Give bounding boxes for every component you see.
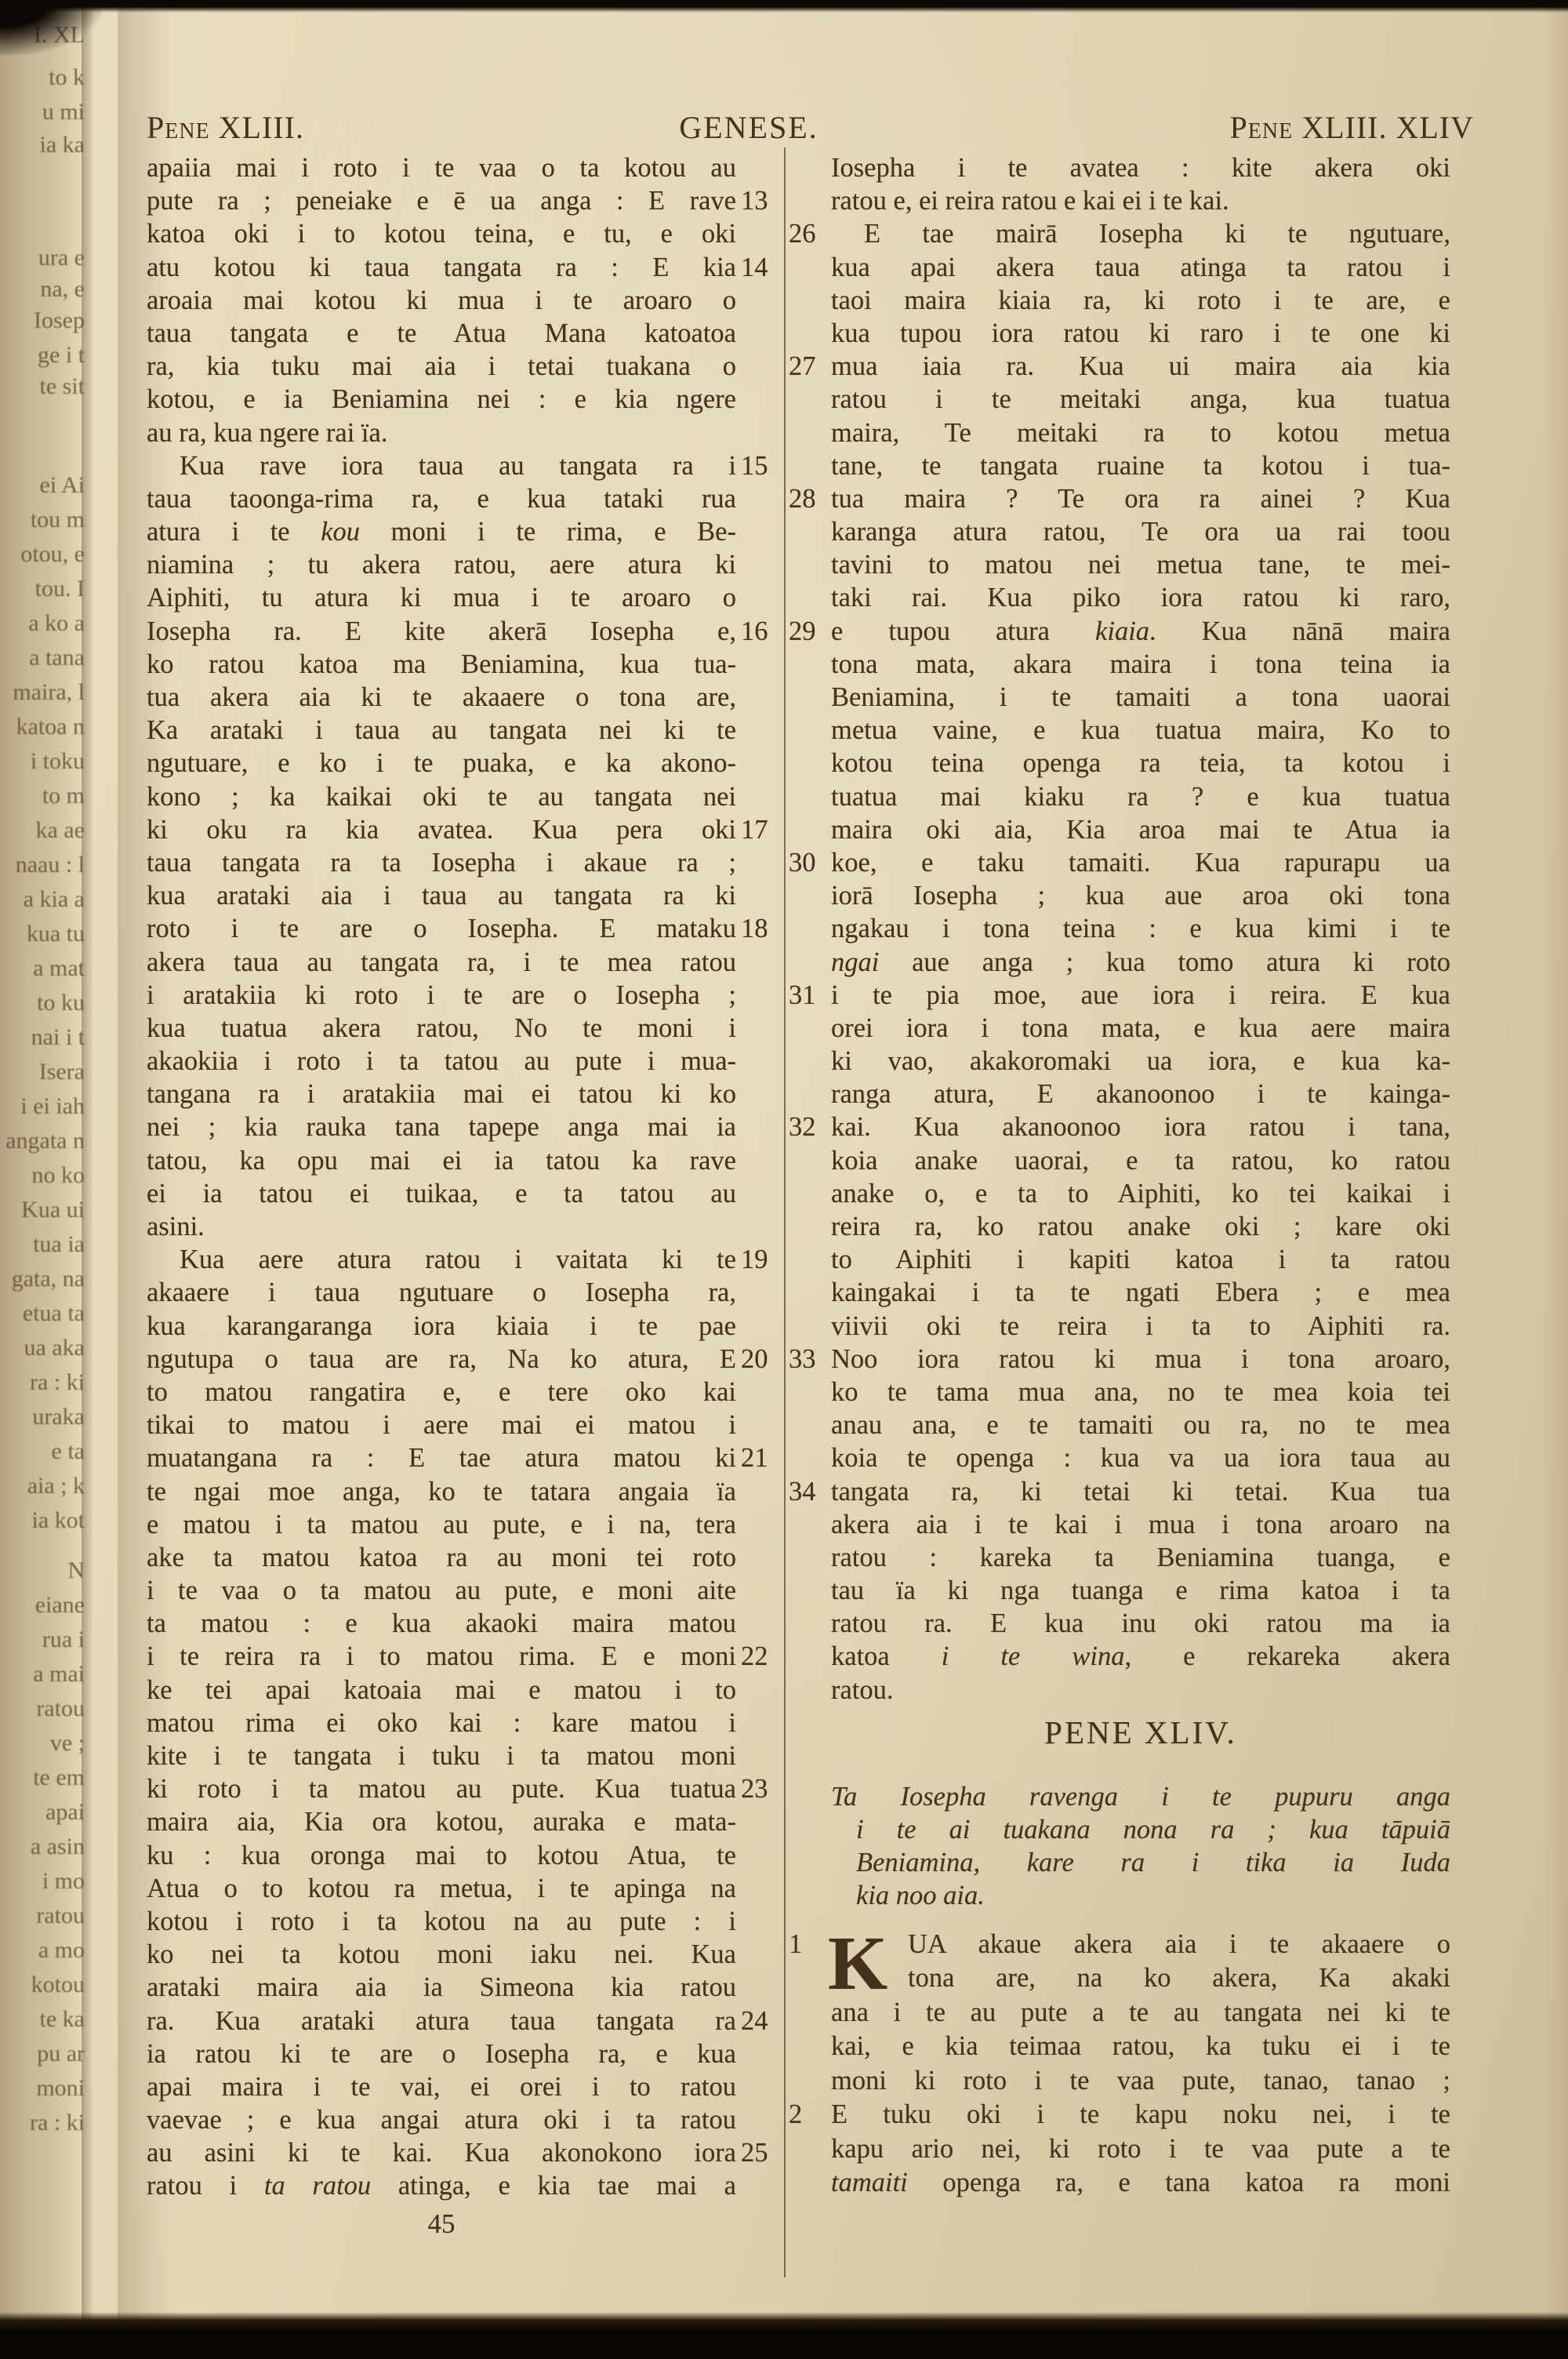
left-text-column: apaiia mai i roto i te vaa o ta kotou au… bbox=[147, 151, 736, 2242]
verse-number: 27 bbox=[789, 350, 836, 383]
text-line: te ngai moe anga, ko te tatara angaia ïa bbox=[147, 1475, 736, 1508]
text-line: ratou. bbox=[831, 1674, 1450, 1707]
chapter-heading: PENE XLIV. bbox=[831, 1714, 1450, 1750]
verse-number: 2 bbox=[789, 2098, 836, 2132]
verse-number: 14 bbox=[741, 251, 788, 284]
prev-page-text-fragment: kotou bbox=[31, 1972, 85, 1998]
prev-page-text-fragment: ei Ai bbox=[40, 472, 85, 499]
verse-number: 34 bbox=[789, 1475, 836, 1508]
text-line: 30koe, e taku tamaiti. Kua rapurapu ua bbox=[831, 846, 1450, 879]
text-line: ko nei ta kotou moni iaku nei. Kua bbox=[147, 1938, 736, 1971]
text-line: 2E tuku oki i te kapu noku nei, i te bbox=[831, 2098, 1450, 2132]
text-line: ranga atura, E akanoonoo i te kainga- bbox=[831, 1078, 1450, 1110]
verse-number: 19 bbox=[741, 1243, 788, 1276]
prev-page-text-fragment: rua i bbox=[42, 1627, 85, 1653]
prev-page-text-fragment: moni bbox=[36, 2075, 85, 2102]
prev-page-text-fragment: a tana bbox=[29, 645, 85, 671]
text-line: koia te openga : kua va ua iora taua au bbox=[831, 1441, 1450, 1474]
text-line: ko te tama mua ana, no te mea koia tei bbox=[831, 1376, 1450, 1408]
text-line: akera taua au tangata ra, i te mea ratou bbox=[147, 946, 736, 979]
text-line: apaiia mai i roto i te vaa o ta kotou au bbox=[147, 151, 736, 184]
text-line: kotou teina openga ra teia, ta kotou i bbox=[831, 747, 1450, 780]
verse-number: 15 bbox=[741, 449, 788, 482]
prev-page-text-fragment: kua tu bbox=[27, 921, 85, 947]
text-line: taua taoonga-rima ra, e kua tataki rua bbox=[147, 482, 736, 515]
right-column-lines: Iosepha i te avatea : kite akera okirato… bbox=[831, 151, 1450, 1707]
prev-page-text-fragment: ratou bbox=[36, 1696, 85, 1722]
text-line: Iosepha i te avatea : kite akera oki bbox=[831, 151, 1450, 184]
prev-page-text-fragment: apai bbox=[45, 1799, 85, 1826]
verse-number: 13 bbox=[741, 184, 788, 217]
text-line: to matou rangatira e, e tere oko kai bbox=[147, 1376, 736, 1408]
verse-number: 22 bbox=[741, 1640, 788, 1673]
prev-page-text-fragment: te ka bbox=[40, 2006, 85, 2033]
text-line: ana i te au pute a te au tangata nei ki … bbox=[831, 1996, 1450, 2030]
text-line: 20ngutupa o taua are ra, Na ko atura, E bbox=[147, 1343, 736, 1376]
text-line: anau ana, e te tamaiti ou ra, no te mea bbox=[831, 1408, 1450, 1441]
verse-number: 18 bbox=[741, 912, 788, 945]
verse-number: 32 bbox=[789, 1110, 836, 1143]
text-line: apai maira i te vai, ei orei i to ratou bbox=[147, 2070, 736, 2103]
text-line: 17ki oku ra kia avatea. Kua pera oki bbox=[147, 813, 736, 846]
text-line: tane, te tangata ruaine ta kotou i tua- bbox=[831, 449, 1450, 482]
text-line: ake ta matou katoa ra au moni tei roto bbox=[147, 1541, 736, 1574]
text-line: 19Kua aere atura ratou i vaitata ki te bbox=[147, 1243, 736, 1276]
text-line: i te vaa o ta matou au pute, e moni aite bbox=[147, 1574, 736, 1607]
text-line: ratou i te meitaki anga, kua tuatua bbox=[831, 383, 1450, 416]
photo-border-bottom bbox=[0, 2312, 1568, 2359]
prev-page-text-fragment: maira, l bbox=[13, 679, 85, 706]
text-line: ratou : kareka ta Beniamina tuanga, e bbox=[831, 1541, 1450, 1574]
text-line: karanga atura ratou, Te ora ua rai toou bbox=[831, 515, 1450, 548]
text-line: viivii oki te reira i ta to Aiphiti ra. bbox=[831, 1310, 1450, 1343]
text-line: katoa oki i to kotou teina, e tu, e oki bbox=[147, 217, 736, 250]
right-text-column: Iosepha i te avatea : kite akera okirato… bbox=[831, 151, 1450, 2201]
page-right-edge-shade bbox=[1541, 0, 1568, 2359]
prev-page-text-fragment: te em bbox=[33, 1765, 85, 1791]
chapter-44-lines: 1KUA akaue akera aia i te akaaere otona … bbox=[831, 1928, 1450, 2201]
text-line: to Aiphiti i kapiti katoa i ta ratou bbox=[831, 1243, 1450, 1276]
text-line: ke tei apai katoaia mai e matou i to bbox=[147, 1674, 736, 1707]
text-line: 26E tae mairā Iosepha ki te ngutuare, bbox=[831, 217, 1450, 250]
text-line: 28tua maira ? Te ora ra ainei ? Kua bbox=[831, 482, 1450, 515]
prev-page-text-fragment: aia ; k bbox=[27, 1473, 85, 1499]
text-line: e matou i ta matou au pute, e i na, tera bbox=[147, 1508, 736, 1541]
text-line: niamina ; tu akera ratou, aere atura ki bbox=[147, 548, 736, 581]
prev-page-text-fragment: ve ; bbox=[50, 1730, 85, 1757]
text-line: Aiphiti, tu atura ki mua i te aroaro o bbox=[147, 581, 736, 614]
verse-number: 23 bbox=[741, 1772, 788, 1805]
text-line: maira, Te meitaki ra to kotou metua bbox=[831, 416, 1450, 449]
prev-page-text-fragment: naau : l bbox=[16, 852, 85, 878]
verse-number: 33 bbox=[789, 1343, 836, 1376]
text-line: matou rima ei oko kai : kare matou i bbox=[147, 1707, 736, 1739]
text-line: koia anake uaorai, e ta ratou, ko ratou bbox=[831, 1144, 1450, 1177]
prev-page-text-fragment: a mo bbox=[38, 1937, 85, 1964]
prev-page-text-fragment: Iosep bbox=[34, 307, 85, 334]
prev-page-text-fragment: ua aka bbox=[24, 1335, 85, 1361]
text-line: kua karangaranga iora kiaia i te pae bbox=[147, 1310, 736, 1343]
prev-page-text-fragment: ia kot bbox=[32, 1507, 85, 1534]
text-line: nei ; kia rauka tana tapepe anga mai ia bbox=[147, 1110, 736, 1143]
text-line: kapu ario nei, ki roto i te vaa pute a t… bbox=[831, 2132, 1450, 2167]
photo-border-top bbox=[0, 0, 1568, 13]
prev-page-text-fragment: to ku bbox=[37, 990, 85, 1016]
left-column-lines: apaiia mai i roto i te vaa o ta kotou au… bbox=[147, 151, 736, 2203]
text-line: kua arataki aia i taua au tangata ra ki bbox=[147, 879, 736, 912]
text-line: ngutuare, e ko i te puaka, e ka akono- bbox=[147, 747, 736, 780]
prev-page-text-fragment: u mi bbox=[42, 99, 85, 125]
text-line: taua tangata ra ta Iosepha i akaue ra ; bbox=[147, 846, 736, 879]
prev-page-text-fragment: ura e bbox=[38, 245, 85, 271]
prev-page-text-fragment: ia ka bbox=[40, 132, 85, 158]
running-header-left: Pene XLIII. bbox=[147, 108, 304, 147]
text-line: aroaia mai kotou ki mua i te aroaro o bbox=[147, 284, 736, 317]
text-line: 27mua iaia ra. Kua ui maira aia kia bbox=[831, 350, 1450, 383]
text-line: asini. bbox=[147, 1210, 736, 1243]
verse-number: 16 bbox=[741, 615, 788, 648]
prev-page-text-fragment: katoa n bbox=[16, 714, 85, 740]
text-line: orei iora i tona mata, e kua aere maira bbox=[831, 1012, 1450, 1045]
text-line: 32kai. Kua akanoonoo iora ratou i tana, bbox=[831, 1110, 1450, 1143]
prev-page-text-fragment: pu ar bbox=[37, 2041, 85, 2067]
prev-page-text-fragment: ge i t bbox=[38, 342, 85, 369]
prev-page-text-fragment: tou m bbox=[31, 507, 85, 533]
text-line: i te ai tuakana nona ra ; kua tāpuiā bbox=[831, 1813, 1450, 1846]
text-line: ngai aue anga ; kua tomo atura ki roto bbox=[831, 946, 1450, 979]
prev-page-text-fragment: Kua ui bbox=[21, 1197, 85, 1223]
text-line: kono ; ka kaikai oki te au tangata nei bbox=[147, 780, 736, 813]
prev-page-text-fragment: to m bbox=[42, 783, 85, 809]
photo-border-corner bbox=[0, 0, 102, 55]
prev-page-text-fragment: etua ta bbox=[23, 1300, 85, 1327]
text-line: tatou, ka opu mai ei ia tatou ka rave bbox=[147, 1144, 736, 1177]
text-line: tona mata, akara maira i tona teina ia bbox=[831, 648, 1450, 681]
prev-page-text-fragment: i ei iah bbox=[20, 1093, 85, 1120]
text-line: moni ki roto i te vaa pute, tanao, tanao… bbox=[831, 2064, 1450, 2099]
text-line: tona are, na ko akera, Ka akaki bbox=[831, 1961, 1450, 1996]
prev-page-text-fragment: Isera bbox=[39, 1059, 85, 1085]
prev-page-text-fragment: a mat bbox=[33, 955, 85, 982]
text-line: tau ïa ki nga tuanga e rima katoa i ta bbox=[831, 1574, 1450, 1607]
text-line: 31i te pia moe, aue iora i reira. E kua bbox=[831, 979, 1450, 1012]
text-line: ko ratou katoa ma Beniamina, kua tua- bbox=[147, 648, 736, 681]
text-line: Atua o to kotou ra metua, i te apinga na bbox=[147, 1872, 736, 1905]
text-line: ku : kua oronga mai to kotou Atua, te bbox=[147, 1839, 736, 1872]
prev-page-text-fragment: ratou bbox=[36, 1903, 85, 1929]
text-line: i aratakiia ki roto i te are o Iosepha ; bbox=[147, 979, 736, 1012]
text-line: 21muatangana ra : E tae atura matou ki bbox=[147, 1441, 736, 1474]
prev-page-text-fragment: te sit bbox=[40, 373, 85, 400]
text-line: akaokiia i roto i ta tatou au pute i mua… bbox=[147, 1045, 736, 1078]
text-line: kai, e kia teimaa ratou, ka tuku ei i te bbox=[831, 2030, 1450, 2064]
text-line: 29e tupou atura kiaia. Kua nānā maira bbox=[831, 615, 1450, 648]
prev-page-text-fragment: ka ae bbox=[36, 817, 85, 844]
text-line: kua apai akera taua atinga ta ratou i bbox=[831, 251, 1450, 284]
text-line: 24ra. Kua arataki atura taua tangata ra bbox=[147, 2005, 736, 2037]
text-line: 22i te reira ra i to matou rima. E e mon… bbox=[147, 1640, 736, 1673]
text-line: tuatua mai kiaku ra ? e kua tuatua bbox=[831, 780, 1450, 813]
text-line: au ra, kua ngere rai ïa. bbox=[147, 416, 736, 449]
text-line: akera aia i te kai i mua i tona aroaro n… bbox=[831, 1508, 1450, 1541]
text-line: 18roto i te are o Iosepha. E mataku bbox=[147, 912, 736, 945]
text-line: atura i te kou moni i te rima, e Be- bbox=[147, 515, 736, 548]
text-line: akaaere i taua ngutuare o Iosepha ra, bbox=[147, 1276, 736, 1309]
prev-page-text-fragment: no ko bbox=[32, 1162, 85, 1189]
prev-page-text-fragment: e ta bbox=[52, 1438, 85, 1465]
text-line: 14atu kotou ki taua tangata ra : E kia bbox=[147, 251, 736, 284]
text-line: 1KUA akaue akera aia i te akaaere o bbox=[831, 1928, 1450, 1962]
text-line: ki vao, akakoromaki ua iora, e kua ka- bbox=[831, 1045, 1450, 1078]
text-line: ra, kia tuku mai aia i tetai tuakana o bbox=[147, 350, 736, 383]
verse-number: 20 bbox=[741, 1343, 788, 1376]
prev-page-text-fragment: gata, na bbox=[12, 1266, 85, 1292]
text-line: Beniamina, i te tamaiti a tona uaorai bbox=[831, 681, 1450, 714]
text-line: 25au asini ki te kai. Kua akonokono iora bbox=[147, 2136, 736, 2169]
text-line: anake o, e ta to Aiphiti, ko tei kaikai … bbox=[831, 1177, 1450, 1210]
verse-number: 29 bbox=[789, 615, 836, 648]
prev-page-text-fragment: i mo bbox=[42, 1868, 85, 1895]
prev-page-text-fragment: a ko a bbox=[28, 610, 85, 637]
prev-page-text-fragment: ra : ki bbox=[30, 1369, 85, 1396]
text-line: taua tangata e te Atua Mana katoatoa bbox=[147, 317, 736, 350]
verse-number: 31 bbox=[789, 979, 836, 1012]
text-line: kite i te tangata i tuku i ta matou moni bbox=[147, 1739, 736, 1772]
prev-page-text-fragment: to k bbox=[49, 64, 85, 91]
text-line: kia noo aia. bbox=[831, 1879, 1450, 1912]
text-line: metua vaine, e kua tuatua maira, Ko to bbox=[831, 714, 1450, 747]
text-line: 16Iosepha ra. E kite akerā Iosepha e, bbox=[147, 615, 736, 648]
previous-page-edge: I. XLto ku miia kaura ena, eIosepge i tt… bbox=[0, 0, 93, 2359]
prev-page-text-fragment: na, e bbox=[40, 276, 85, 303]
text-line: kotou i roto i ta kotou na au pute : i bbox=[147, 1905, 736, 1938]
text-line: Ka arataki i taua au tangata nei ki te bbox=[147, 714, 736, 747]
prev-page-text-fragment: a kia a bbox=[24, 886, 85, 913]
text-line: taoi maira kiaia ra, ki roto i te are, e bbox=[831, 284, 1450, 317]
chapter-summary: Ta Iosepha ravenga i te pupuru angai te … bbox=[831, 1780, 1450, 1912]
verse-number: 17 bbox=[741, 813, 788, 846]
verse-number: 26 bbox=[789, 217, 836, 250]
text-line: maira aia, Kia ora kotou, auraka e mata- bbox=[147, 1805, 736, 1838]
text-line: ratou e, ei reira ratou e kai ei i te ka… bbox=[831, 184, 1450, 217]
text-line: 34tangata ra, ki tetai ki tetai. Kua tua bbox=[831, 1475, 1450, 1508]
text-line: ratou ra. E kua inu oki ratou ma ia bbox=[831, 1607, 1450, 1640]
text-line: maira oki aia, Kia aroa mai te Atua ia bbox=[831, 813, 1450, 846]
text-line: Beniamina, kare ra i tika ia Iuda bbox=[831, 1846, 1450, 1879]
text-line: tikai to matou i aere mai ei matou i bbox=[147, 1408, 736, 1441]
prev-page-text-fragment: nai i t bbox=[31, 1024, 85, 1051]
prev-page-text-fragment: angata n bbox=[5, 1128, 85, 1154]
text-line: ia ratou ki te are o Iosepha ra, e kua bbox=[147, 2037, 736, 2070]
page-number: 45 bbox=[147, 2206, 736, 2242]
text-line: katoa i te wina, e rekareka akera bbox=[831, 1640, 1450, 1673]
text-line: reira ra, ko ratou anake oki ; kare oki bbox=[831, 1210, 1450, 1243]
prev-page-text-fragment: a asin bbox=[31, 1834, 85, 1860]
prev-page-text-fragment: eiane bbox=[35, 1592, 85, 1619]
prev-page-text-fragment: a mai bbox=[33, 1661, 85, 1688]
text-line: kotou, e ia Beniamina nei : e kia ngere bbox=[147, 383, 736, 416]
text-line: vaevae ; e kua angai atura oki i ta rato… bbox=[147, 2103, 736, 2136]
verse-number: 25 bbox=[741, 2136, 788, 2169]
prev-page-text-fragment: tou. I bbox=[35, 576, 85, 602]
text-line: iorā Iosepha ; kua aue aroa oki tona bbox=[831, 879, 1450, 912]
prev-page-text-fragment: uraka bbox=[32, 1404, 85, 1430]
text-line: ngakau i tona teina : e kua kimi i te bbox=[831, 912, 1450, 945]
text-line: tua akera aia ki te akaaere o tona are, bbox=[147, 681, 736, 714]
verse-number: 24 bbox=[741, 2005, 788, 2037]
text-line: tamaiti openga ra, e tana katoa ra moni bbox=[831, 2166, 1450, 2201]
text-line: tavini to matou nei metua tane, te mei- bbox=[831, 548, 1450, 581]
prev-page-text-fragment: tua ia bbox=[33, 1231, 85, 1258]
text-line: tangana ra i aratakiia mai ei tatou ki k… bbox=[147, 1078, 736, 1110]
text-line: kaingakai i ta te ngati Ebera ; e mea bbox=[831, 1276, 1450, 1309]
book-scan-photo: I. XLto ku miia kaura ena, eIosepge i tt… bbox=[0, 0, 1568, 2359]
running-header-right: Pene XLIII. XLIV bbox=[1004, 108, 1474, 147]
text-line: 23ki roto i ta matou au pute. Kua tuatua bbox=[147, 1772, 736, 1805]
prev-page-text-fragment: ra : ki bbox=[30, 2110, 85, 2136]
text-line: ei ia tatou ei tuikaa, e ta tatou au bbox=[147, 1177, 736, 1210]
text-line: taki rai. Kua piko iora ratou ki raro, bbox=[831, 581, 1450, 614]
verse-number: 28 bbox=[789, 482, 836, 515]
text-line: 13pute ra ; peneiake e ē ua anga : E rav… bbox=[147, 184, 736, 217]
text-line: ratou i ta ratou atinga, e kia tae mai a bbox=[147, 2169, 736, 2202]
running-header-title: GENESE. bbox=[659, 108, 839, 147]
verse-number: 21 bbox=[741, 1441, 788, 1474]
prev-page-text-fragment: i toku bbox=[31, 748, 85, 775]
text-line: 33Noo iora ratou ki mua i tona aroaro, bbox=[831, 1343, 1450, 1376]
text-line: Ta Iosepha ravenga i te pupuru anga bbox=[831, 1780, 1450, 1813]
text-line: kua tupou iora ratou ki raro i te one ki bbox=[831, 317, 1450, 350]
text-line: kua tuatua akera ratou, No te moni i bbox=[147, 1012, 736, 1045]
prev-page-text-fragment: otou, e bbox=[20, 541, 85, 568]
text-line: ta matou : e kua akaoki maira matou bbox=[147, 1607, 736, 1640]
text-line: arataki maira aia ia Simeona kia ratou bbox=[147, 1971, 736, 2004]
text-line: 15Kua rave iora taua au tangata ra i bbox=[147, 449, 736, 482]
verse-number: 30 bbox=[789, 846, 836, 879]
